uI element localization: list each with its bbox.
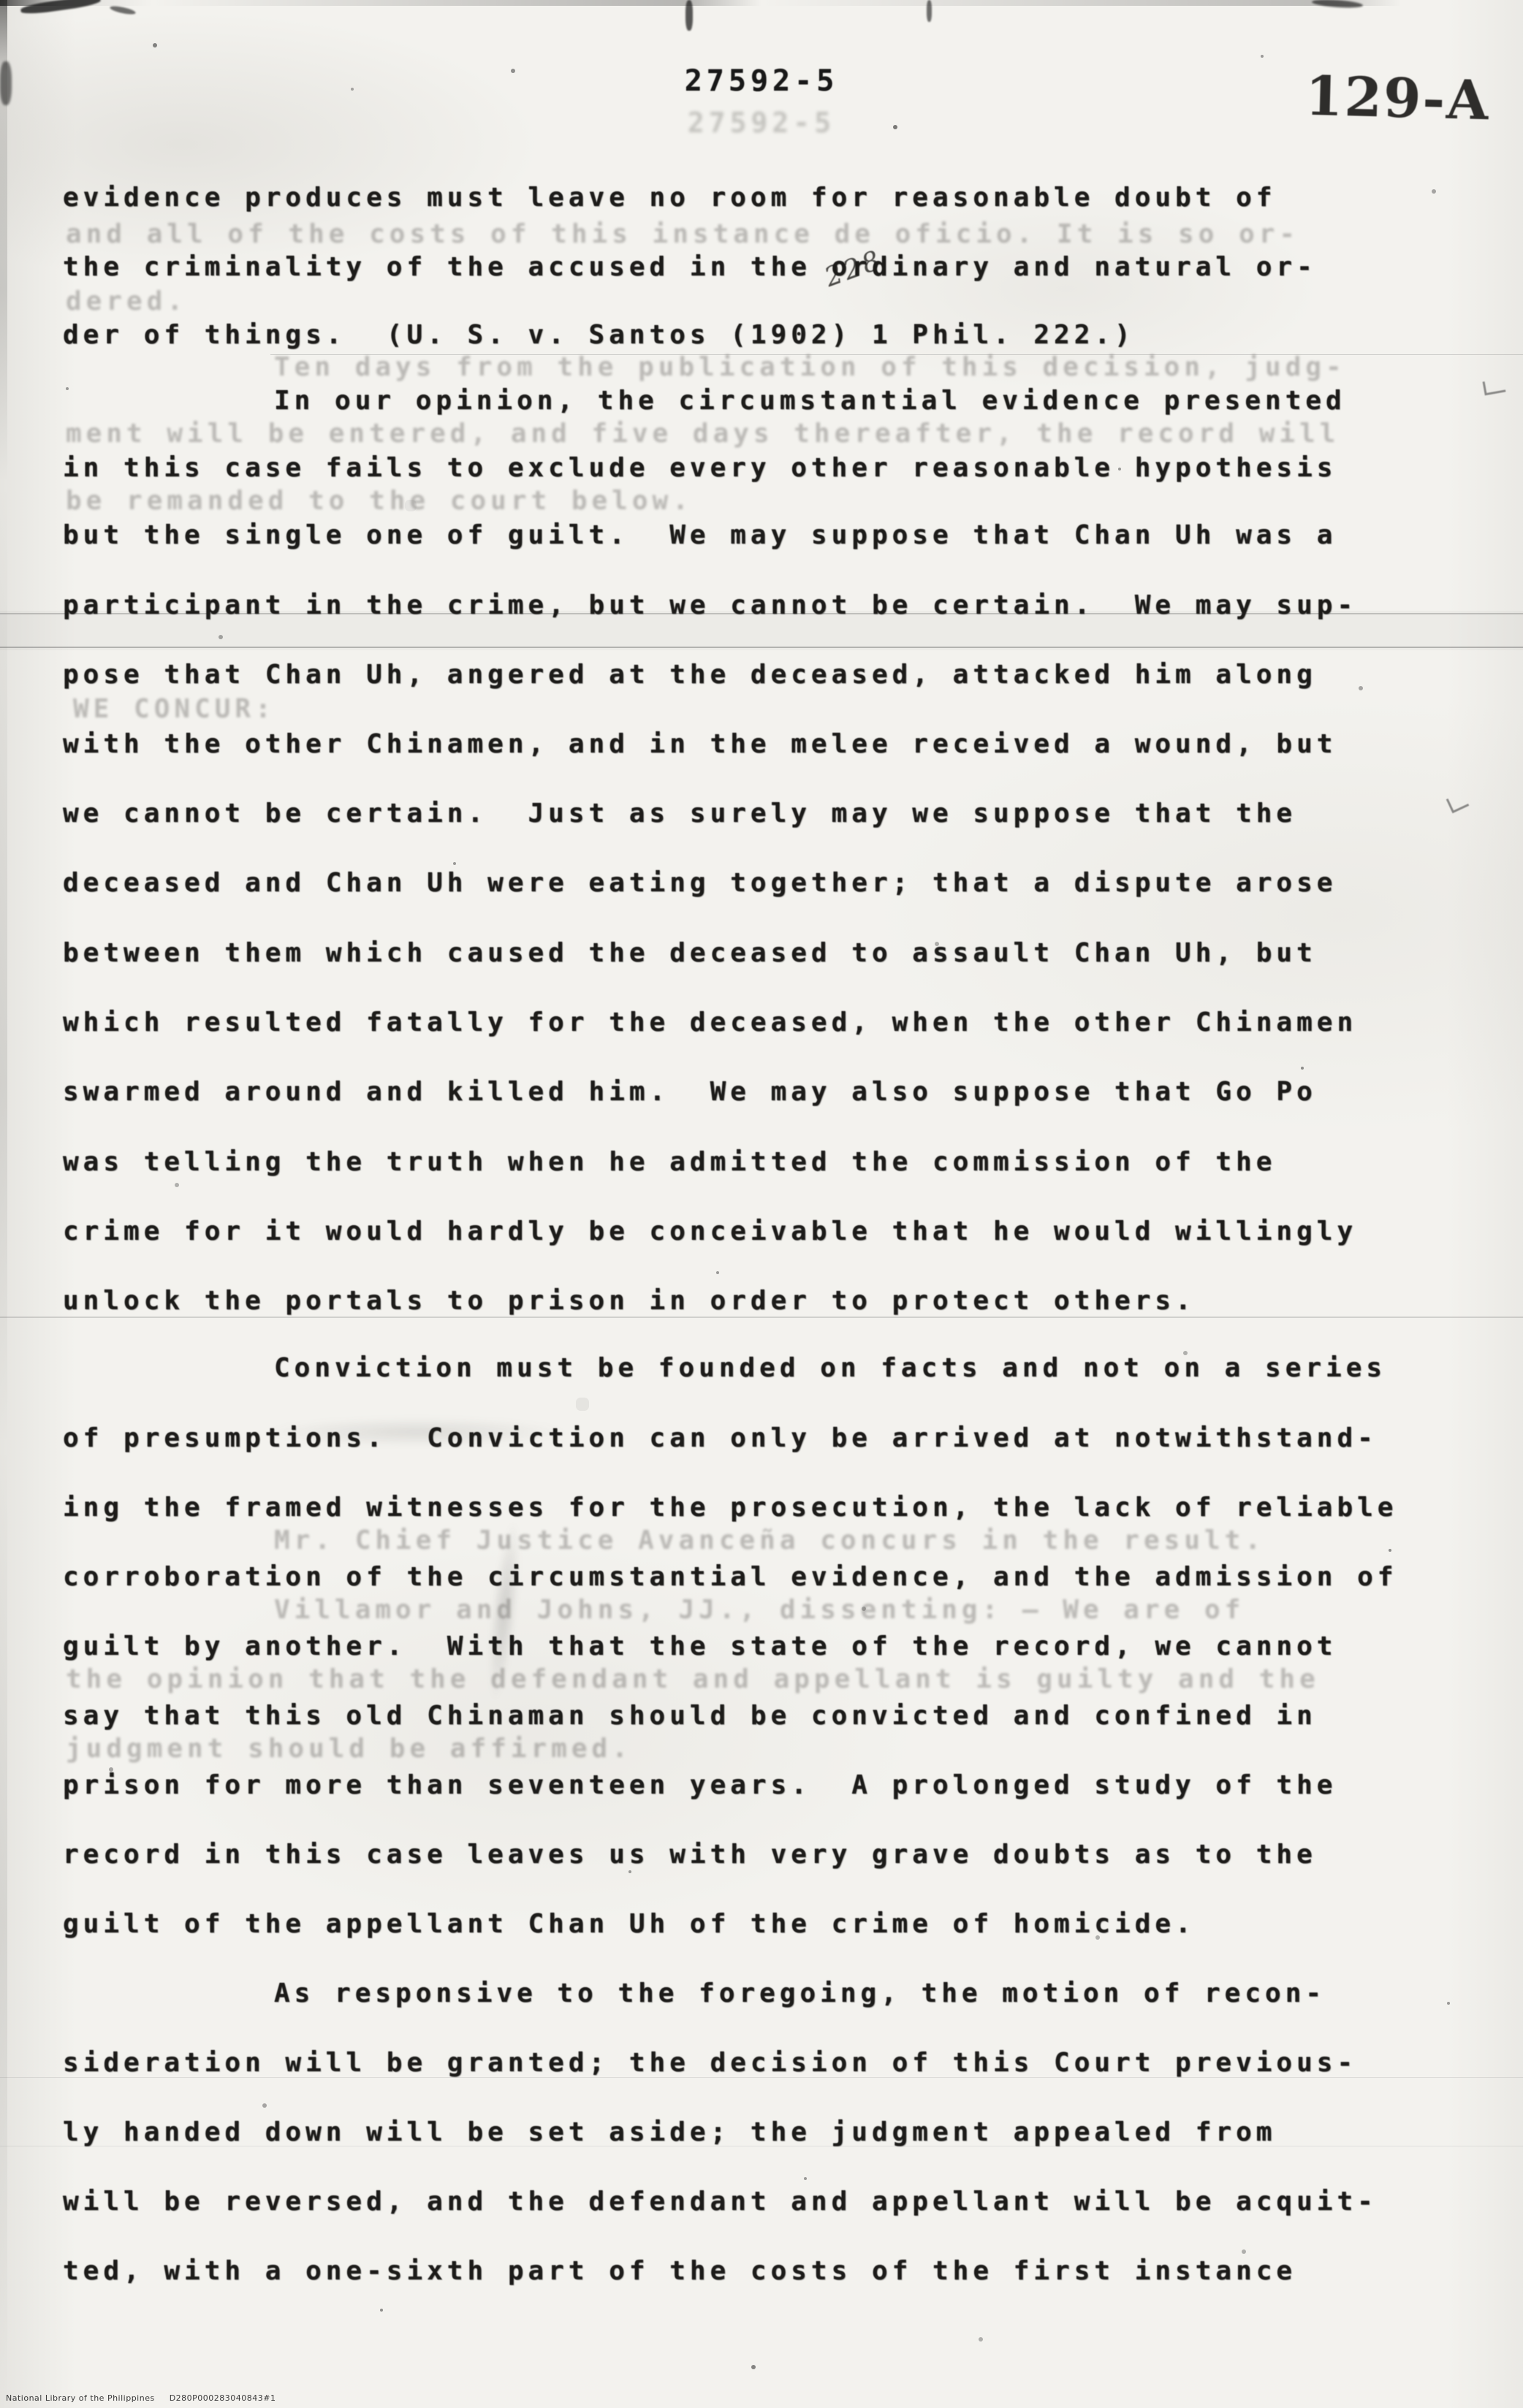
ghost-line: Ten days from the publication of this de… [274, 352, 1346, 382]
typed-line: pose that Chan Uh, angered at the deceas… [63, 660, 1317, 690]
scan-line-artifact [0, 1317, 1523, 1318]
typed-line: between them which caused the deceased t… [63, 938, 1317, 968]
typed-line: deceased and Chan Uh were eating togethe… [63, 868, 1337, 898]
page-number-stamp: 129-A [1304, 65, 1491, 133]
ghost-line: Villamor and Johns, JJ., dissenting: — W… [274, 1595, 1245, 1625]
ghost-line: dered. [66, 286, 187, 316]
scanned-document-page: { "page": { "header_number": "27592-5", … [0, 0, 1523, 2408]
typed-line: corroboration of the circumstantial evid… [63, 1562, 1397, 1592]
typed-line: the criminality of the accused in the or… [63, 252, 1317, 282]
case-number-ghost: 27592-5 [0, 107, 1523, 139]
typed-line: evidence produces must leave no room for… [63, 183, 1276, 213]
ghost-line: judgment should be affirmed. [66, 1734, 632, 1764]
dust-speckles [0, 0, 3, 3]
pencil-tick-artifact [1446, 792, 1470, 814]
ghost-line: be remanded to the court below. [66, 486, 693, 516]
pencil-tick-artifact [1483, 378, 1506, 396]
ghost-line: ment will be entered, and five days ther… [66, 419, 1340, 449]
typed-line: but the single one of guilt. We may supp… [63, 520, 1337, 550]
typed-line: say that this old Chinaman should be con… [63, 1701, 1317, 1731]
typed-line: unlock the portals to prison in order to… [63, 1286, 1196, 1316]
ink-blotch-artifact [20, 0, 102, 16]
typed-line: crime for it would hardly be conceivable… [63, 1216, 1357, 1246]
case-number: 27592-5 [0, 64, 1523, 98]
ghost-line: WE CONCUR: [73, 694, 276, 724]
typed-line: sideration will be granted; the decision… [63, 2048, 1357, 2078]
typed-line: with the other Chinamen, and in the mele… [63, 729, 1337, 759]
ghost-line: Mr. Chief Justice Avanceña concurs in th… [274, 1525, 1265, 1555]
typed-line: guilt by another. With that the state of… [63, 1631, 1337, 1661]
typed-line: which resulted fatally for the deceased,… [63, 1007, 1357, 1037]
typed-line: ly handed down will be set aside; the ju… [63, 2117, 1276, 2147]
typed-line: ing the framed witnesses for the prosecu… [63, 1493, 1397, 1523]
typed-line: prison for more than seventeen years. A … [63, 1770, 1337, 1800]
scan-line-artifact [0, 647, 1523, 648]
typed-line: As responsive to the foregoing, the moti… [274, 1978, 1326, 2008]
typed-line: we cannot be certain. Just as surely may… [63, 799, 1296, 828]
ink-blotch-artifact [927, 0, 932, 22]
ink-blotch-artifact [685, 0, 693, 31]
typed-line: will be reversed, and the defendant and … [63, 2187, 1378, 2217]
typed-line: participant in the crime, but we cannot … [63, 590, 1357, 620]
typed-line: ted, with a one-sixth part of the costs … [63, 2256, 1296, 2286]
typed-line: swarmed around and killed him. We may al… [63, 1077, 1317, 1107]
typed-line: guilt of the appellant Chan Uh of the cr… [63, 1909, 1196, 1939]
page-edge-shadow [0, 0, 7, 2408]
ghost-line: and all of the costs of this instance de… [66, 219, 1299, 249]
typed-line: in this case fails to exclude every othe… [63, 453, 1337, 483]
ink-blotch-artifact [1312, 0, 1364, 9]
library-footer-text: National Library of the Philippines D280… [6, 2393, 276, 2403]
typed-line: Conviction must be founded on facts and … [274, 1353, 1386, 1383]
typed-line: of presumptions. Conviction can only be … [63, 1423, 1378, 1453]
typed-line: was telling the truth when he admitted t… [63, 1147, 1276, 1177]
ink-blotch-artifact [110, 4, 137, 15]
typed-line: der of things. (U. S. v. Santos (1902) 1… [63, 320, 1135, 350]
typed-line: In our opinion, the circumstantial evide… [274, 386, 1346, 416]
page-edge-shadow [0, 0, 1523, 6]
ghost-line: the opinion that the defendant and appel… [66, 1664, 1320, 1694]
typed-line: record in this case leaves us with very … [63, 1840, 1317, 1870]
